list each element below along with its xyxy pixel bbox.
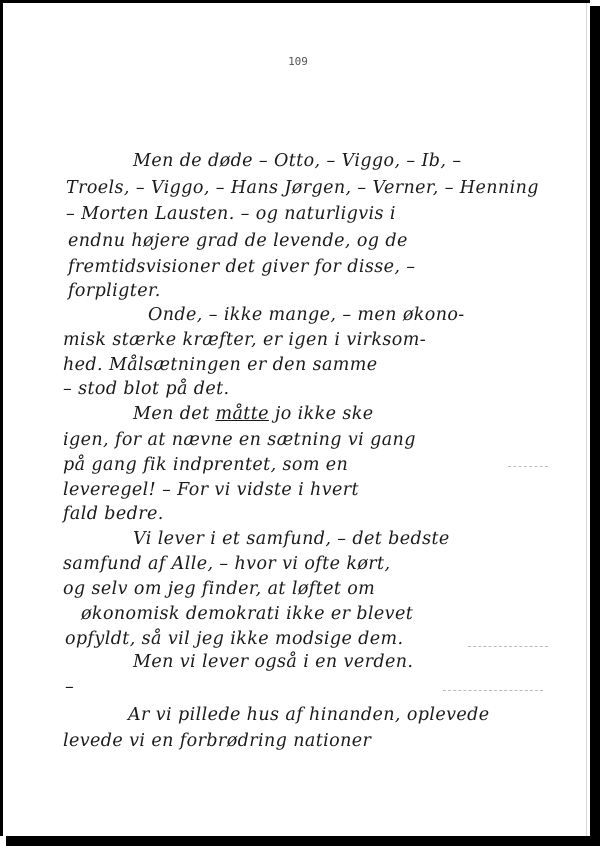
text-fragment: Men det <box>133 404 215 424</box>
text-line: Men vi lever også i en verden. <box>133 652 413 672</box>
page-number: 109 <box>3 55 593 68</box>
text-fragment: jo ikke ske <box>269 404 374 424</box>
text-line: Men de døde – Otto, – Viggo, – Ib, – <box>133 151 462 171</box>
text-line: opfyldt, så vil jeg ikke modsige dem. <box>65 629 404 649</box>
page-edge <box>586 3 587 836</box>
text-line: forpligter. <box>68 281 161 301</box>
text-line: leveregel! – For vi vidste i hvert <box>63 480 359 500</box>
page-shadow-bottom <box>6 836 600 846</box>
text-line: igen, for at nævne en sætning vi gang <box>63 430 416 450</box>
scan-artifact <box>508 466 548 467</box>
text-line: fremtidsvisioner det giver for disse, – <box>68 257 415 277</box>
text-line: Ar vi pillede hus af hinanden, oplevede <box>128 705 490 725</box>
text-line: på gang fik indprentet, som en <box>63 455 348 475</box>
text-line: Onde, – ikke mange, – men økono- <box>148 305 465 325</box>
text-line: og selv om jeg finder, at løftet om <box>63 579 375 599</box>
underlined-word: måtte <box>215 404 268 424</box>
text-line: Men det måtte jo ikke ske <box>133 404 373 424</box>
page-shadow-right <box>590 6 600 846</box>
text-line: fald bedre. <box>63 504 164 524</box>
scan-artifact <box>468 646 548 647</box>
scan-artifact <box>443 690 543 691</box>
text-line: endnu højere grad de levende, og de <box>68 231 408 251</box>
text-line: samfund af Alle, – hvor vi ofte kørt, <box>63 554 390 574</box>
text-line: – <box>65 677 74 697</box>
text-line: hed. Målsætningen er den samme <box>63 355 378 375</box>
text-line: misk stærke kræfter, er igen i virksom- <box>63 330 426 350</box>
document-page: 109 Men de døde – Otto, – Viggo, – Ib, –… <box>0 0 590 836</box>
text-line: Troels, – Viggo, – Hans Jørgen, – Verner… <box>66 178 539 198</box>
text-line: Vi lever i et samfund, – det bedste <box>133 529 450 549</box>
text-line: økonomisk demokrati ikke er blevet <box>81 604 413 624</box>
text-line: – Morten Lausten. – og naturligvis i <box>66 204 396 224</box>
text-line: – stod blot på det. <box>63 379 230 399</box>
text-line: levede vi en forbrødring nationer <box>63 731 371 751</box>
